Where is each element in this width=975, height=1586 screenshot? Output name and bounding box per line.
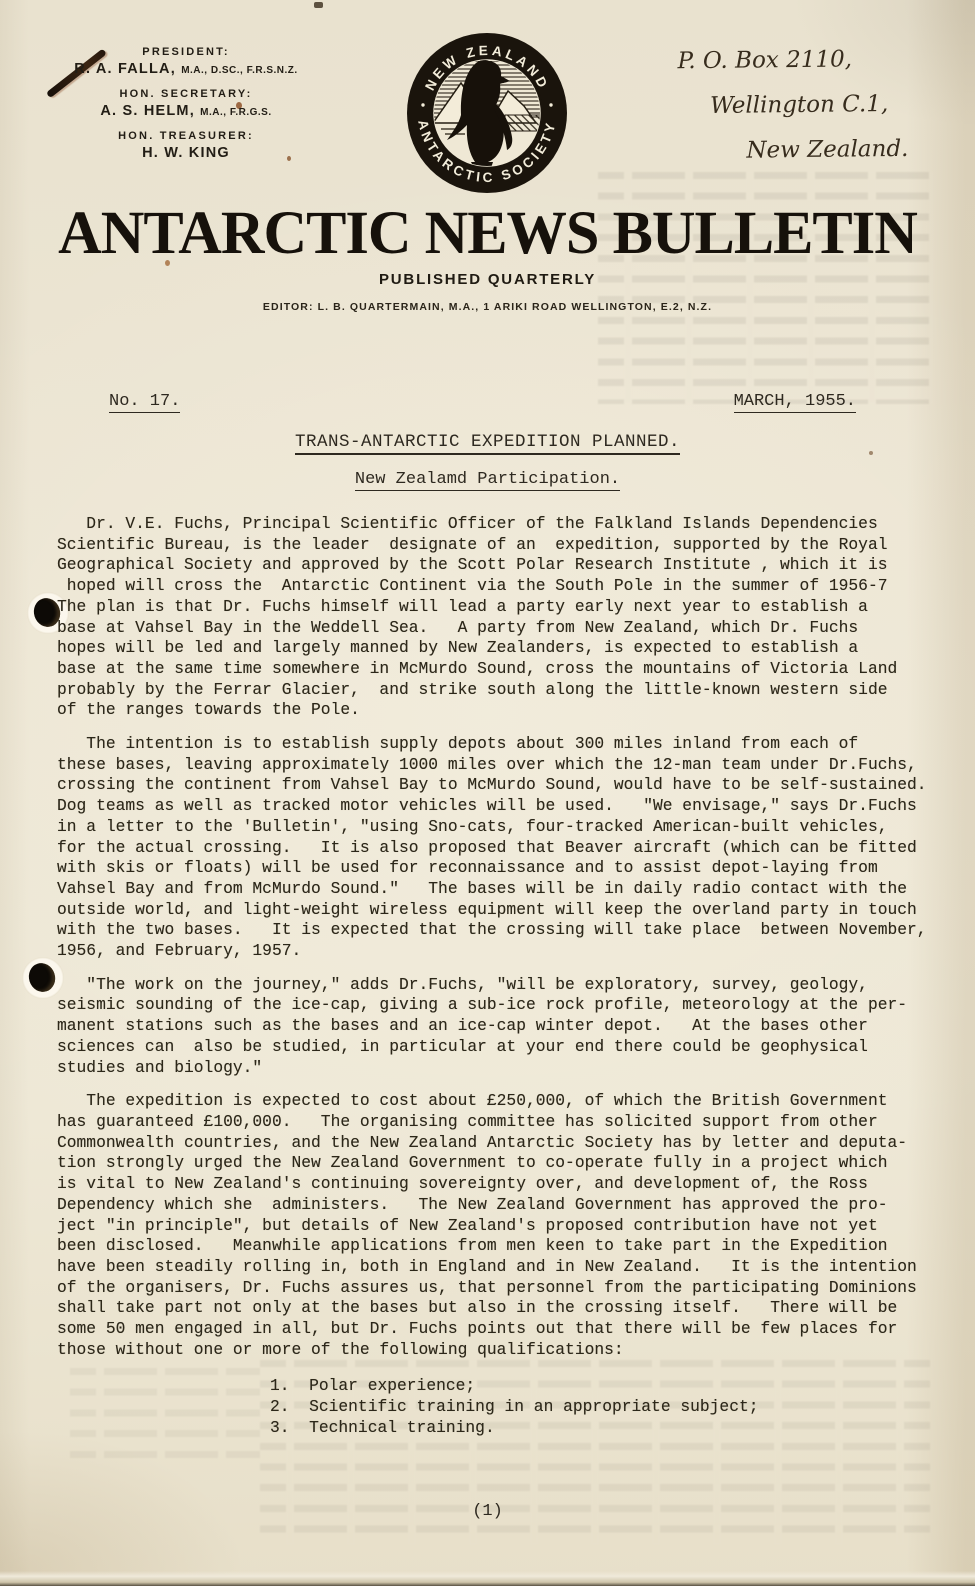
- society-logo-emblem: NEW ZEALAND ANTARCTIC SOCIETY: [405, 31, 569, 195]
- officer-title: PRESIDENT:: [36, 46, 336, 58]
- page-number: (1): [0, 1502, 975, 1521]
- paragraph: "The work on the journey," adds Dr.Fuchs…: [57, 975, 949, 1079]
- text-line: probably by the Ferrar Glacier, and stri…: [57, 680, 949, 701]
- paper-speck: [314, 2, 323, 8]
- masthead-subtitle: PUBLISHED QUARTERLY: [0, 271, 975, 288]
- paragraph: Dr. V.E. Fuchs, Principal Scientific Off…: [57, 514, 949, 721]
- text-line: outside world, and light-weight wireless…: [57, 900, 949, 921]
- text-line: in a letter to the 'Bulletin', "using Sn…: [57, 817, 949, 838]
- text-line: studies and biology.": [57, 1058, 949, 1079]
- article-subheading: New Zealamd Participation.: [355, 470, 620, 491]
- text-line: these bases, leaving approximately 1000 …: [57, 755, 949, 776]
- text-line: is vital to New Zealand's continuing sov…: [57, 1174, 949, 1195]
- address-line: Wellington C.1,: [650, 81, 950, 129]
- text-line: Commonwealth countries, and the New Zeal…: [57, 1133, 949, 1154]
- text-line: Vahsel Bay and from McMurdo Sound." The …: [57, 879, 949, 900]
- text-line: hopes will be led and largely manned by …: [57, 638, 949, 659]
- text-line: of the organisers, Dr. Fuchs assures us,…: [57, 1278, 949, 1299]
- editor-line: EDITOR: L. B. QUARTERMAIN, M.A., 1 ARIKI…: [0, 301, 975, 313]
- text-line: "The work on the journey," adds Dr.Fuchs…: [57, 975, 949, 996]
- article-heading-row: TRANS-ANTARCTIC EXPEDITION PLANNED.: [0, 432, 975, 452]
- text-line: base at the same time somewhere in McMur…: [57, 659, 949, 680]
- society-logo: NEW ZEALAND ANTARCTIC SOCIETY: [405, 31, 569, 195]
- officer-treasurer: HON. TREASURER: H. W. KING: [36, 130, 336, 161]
- document-page: PRESIDENT: R. A. FALLA, M.A., D.SC., F.R…: [0, 0, 975, 1586]
- text-line: tion strongly urged the New Zealand Gove…: [57, 1153, 949, 1174]
- text-line: has guaranteed £100,000. The organising …: [57, 1112, 949, 1133]
- text-line: Dr. V.E. Fuchs, Principal Scientific Off…: [57, 514, 949, 535]
- text-line: The plan is that Dr. Fuchs himself will …: [57, 597, 949, 618]
- text-line: 2. Scientific training in an appropriate…: [270, 1397, 949, 1418]
- text-line: of the ranges towards the Pole.: [57, 700, 949, 721]
- text-line: been disclosed. Meanwhile applications f…: [57, 1236, 949, 1257]
- text-line: 3. Technical training.: [270, 1418, 949, 1439]
- officer-title: HON. TREASURER:: [36, 130, 336, 142]
- address-line: P. O. Box 2110,: [649, 36, 949, 84]
- page-bottom-edge: [0, 1571, 975, 1586]
- text-line: Geographical Society and approved by the…: [57, 555, 949, 576]
- issue-number: No. 17.: [109, 392, 180, 413]
- officer-president: PRESIDENT: R. A. FALLA, M.A., D.SC., F.R…: [36, 46, 336, 77]
- text-line: The intention is to establish supply dep…: [57, 734, 949, 755]
- paragraph: The expedition is expected to cost about…: [57, 1091, 949, 1360]
- mailing-address: P. O. Box 2110, Wellington C.1, New Zeal…: [649, 36, 950, 174]
- text-line: those without one or more of the followi…: [57, 1340, 949, 1361]
- text-line: some 50 men engaged in all, but Dr. Fuch…: [57, 1319, 949, 1340]
- text-line: 1956, and February, 1957.: [57, 941, 949, 962]
- article-subheading-row: New Zealamd Participation.: [0, 470, 975, 489]
- officer-name: R. A. FALLA, M.A., D.SC., F.R.S.N.Z.: [36, 61, 336, 77]
- text-line: ject "in principle", but details of New …: [57, 1216, 949, 1237]
- address-line: New Zealand.: [650, 126, 950, 174]
- text-line: have been steadily rolling in, both in E…: [57, 1257, 949, 1278]
- officer-degrees: M.A., D.SC., F.R.S.N.Z.: [181, 65, 298, 76]
- article-body: Dr. V.E. Fuchs, Principal Scientific Off…: [57, 514, 949, 1439]
- officer-degrees: M.A., F.R.G.S.: [200, 107, 271, 118]
- officer-secretary: HON. SECRETARY: A. S. HELM, M.A., F.R.G.…: [36, 88, 336, 119]
- text-line: seismic sounding of the ice-cap, giving …: [57, 995, 949, 1016]
- text-line: base at Vahsel Bay in the Weddell Sea. A…: [57, 618, 949, 639]
- text-line: sciences can also be studied, in particu…: [57, 1037, 949, 1058]
- text-line: manent stations such as the bases and an…: [57, 1016, 949, 1037]
- text-line: for the actual crossing. It is also prop…: [57, 838, 949, 859]
- text-line: hoped will cross the Antarctic Continent…: [57, 576, 949, 597]
- officers-block: PRESIDENT: R. A. FALLA, M.A., D.SC., F.R…: [36, 46, 336, 172]
- officer-title: HON. SECRETARY:: [36, 88, 336, 100]
- text-line: 1. Polar experience;: [270, 1376, 949, 1397]
- issue-date: MARCH, 1955.: [734, 392, 856, 413]
- officer-name: A. S. HELM, M.A., F.R.G.S.: [36, 103, 336, 119]
- article-heading: TRANS-ANTARCTIC EXPEDITION PLANNED.: [295, 432, 680, 455]
- text-line: Scientific Bureau, is the leader designa…: [57, 535, 949, 556]
- text-line: shall take part not only at the bases bu…: [57, 1298, 949, 1319]
- officer-name: H. W. KING: [36, 145, 336, 161]
- text-line: crossing the continent from Vahsel Bay t…: [57, 775, 949, 796]
- qualifications-list: 1. Polar experience;2. Scientific traini…: [57, 1376, 949, 1438]
- text-line: with the two bases. It is expected that …: [57, 920, 949, 941]
- paragraph: The intention is to establish supply dep…: [57, 734, 949, 962]
- text-line: The expedition is expected to cost about…: [57, 1091, 949, 1112]
- issue-row: No. 17. MARCH, 1955.: [57, 392, 940, 413]
- text-line: Dog teams as well as tracked motor vehic…: [57, 796, 949, 817]
- text-line: with skis or floats) will be used for re…: [57, 858, 949, 879]
- text-line: Dependency which she administers. The Ne…: [57, 1195, 949, 1216]
- masthead-title: ANTARCTIC NEWS BULLETIN: [5, 199, 970, 269]
